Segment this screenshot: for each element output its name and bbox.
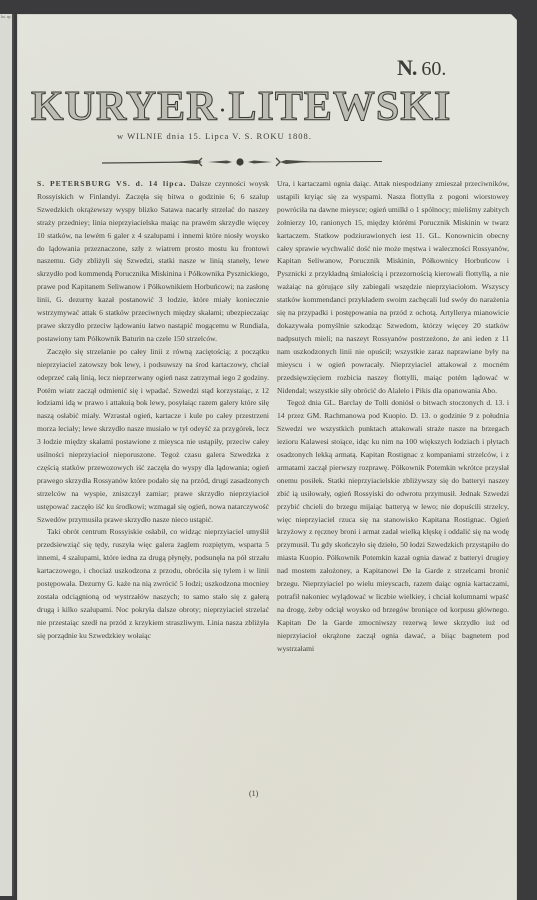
article-paragraph: Tegoż dnia GL. Barclay de Tolli doniósł … [277,397,509,655]
page-number: (1) [249,789,258,798]
previous-page-edge: ba. ap. gb. la. ela. aw. ply. a. ld. am.… [0,14,14,896]
previous-page-text-fragment: ba. ap. gb. la. ela. aw. ply. a. ld. am.… [0,14,12,21]
article-lead-heading: S. PETERSBURG VS. d. 14 lipca. [37,179,187,188]
page-corner-fold [511,14,517,20]
newspaper-page: N. 60. KURYER·LITEWSKI w WILNIE dnia 15.… [17,14,517,900]
ornamental-divider-icon [102,155,382,169]
masthead-title-left: KURYER [31,84,218,130]
article-columns: S. PETERSBURG VS. d. 14 lipca. Dalsze cz… [37,178,509,656]
issue-number: N. 60. [397,55,446,81]
right-column: Ura, i kartaczami ognia daiąc. Attak nie… [277,178,509,656]
article-paragraph: Taki obrót centrum Rossyiskie osłabił, c… [37,526,269,642]
issue-number-value: 60. [421,58,446,80]
dateline: w WILNIE dnia 15. Lipca V. S. ROKU 1808. [117,131,312,141]
article-paragraph-text: Dalsze czynności woysk Rossyiskich w Fin… [37,179,269,343]
masthead-title-right: LITEWSKI [229,84,452,130]
article-paragraph: Zaczęło się strzelanie po całey linii z … [37,346,269,527]
issue-number-prefix: N. [397,55,416,80]
article-paragraph: Ura, i kartaczami ognia daiąc. Attak nie… [277,178,509,397]
article-paragraph: S. PETERSBURG VS. d. 14 lipca. Dalsze cz… [37,178,269,346]
masthead-title: KURYER·LITEWSKI [31,83,451,131]
left-column: S. PETERSBURG VS. d. 14 lipca. Dalsze cz… [37,178,269,656]
masthead-separator: · [220,100,227,120]
